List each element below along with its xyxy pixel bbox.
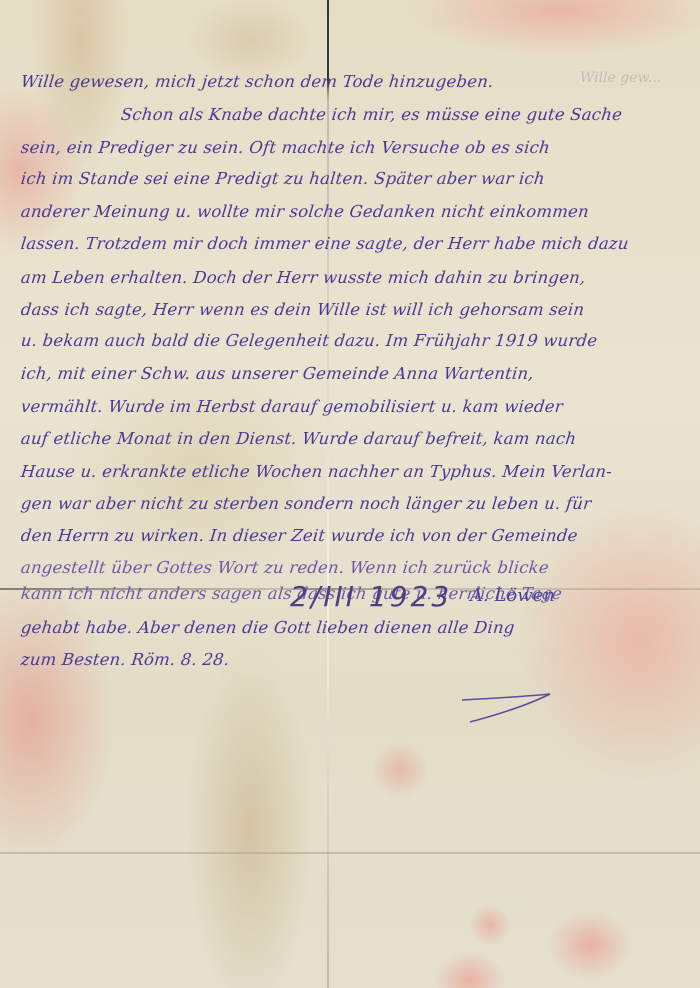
letter-line: angestellt über Gottes Wort zu reden. We… — [20, 558, 550, 577]
letter-date: 2/III 1923 — [290, 580, 452, 613]
letter-line: vermählt. Wurde im Herbst darauf gemobil… — [20, 397, 564, 416]
letter-line: anderer Meinung u. wollte mir solche Ged… — [20, 202, 590, 221]
letter-line: gen war aber nicht zu sterben sondern no… — [20, 494, 592, 513]
letter-line: ich im Stande sei eine Predigt zu halten… — [20, 169, 546, 188]
letter-line: u. bekam auch bald die Gelegenheit dazu.… — [20, 331, 598, 350]
letter-line: am Leben erhalten. Doch der Herr wusste … — [20, 268, 587, 287]
letter-line: Wille gewesen, mich jetzt schon dem Tode… — [20, 72, 495, 91]
signature: A. Löwen — [470, 585, 555, 606]
letter-line: auf etliche Monat in den Dienst. Wurde d… — [20, 429, 577, 448]
letter-line: zum Besten. Röm. 8. 28. — [20, 650, 230, 669]
letter-line: sein, ein Prediger zu sein. Oft machte i… — [20, 138, 551, 157]
letter-line: Schon als Knabe dachte ich mir, es müsse… — [120, 105, 623, 124]
letter-line: ich, mit einer Schw. aus unserer Gemeind… — [20, 364, 535, 383]
horizontal-fold-line-lower — [0, 852, 700, 854]
letter-line: lassen. Trotzdem mir doch immer eine sag… — [20, 234, 630, 253]
letter-line: den Herrn zu wirken. In dieser Zeit wurd… — [20, 526, 579, 545]
letter-line: Hause u. erkrankte etliche Wochen nachhe… — [20, 462, 613, 481]
bleed-through-text: Wille gew... — [580, 70, 661, 86]
letter-line: gehabt habe. Aber denen die Gott lieben … — [20, 618, 516, 637]
letter-line: dass ich sagte, Herr wenn es dein Wille … — [20, 300, 585, 319]
signature-flourish-icon — [460, 690, 580, 730]
